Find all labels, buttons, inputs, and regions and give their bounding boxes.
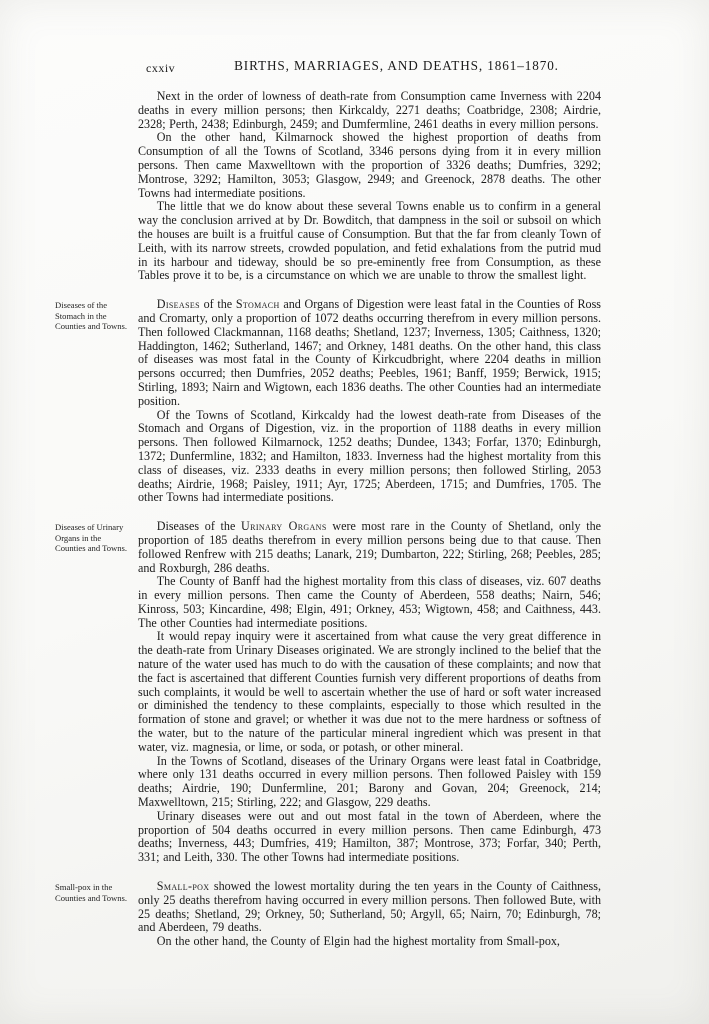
paragraph: Urinary diseases were out and out most f… [138,810,601,865]
text-run: Urinary diseases were out and out most f… [138,809,601,864]
text-run: The County of Banff had the highest mort… [138,574,601,629]
section-smallpox: Small-pox in the Counties and Towns. Sma… [138,880,601,949]
text-run: Urinary Organs [241,519,327,533]
paragraph: The County of Banff had the highest mort… [138,575,601,630]
text-run: The little that we do know about these s… [138,199,601,282]
text-run: In the Towns of Scotland, diseases of th… [138,754,601,809]
section-paragraphs: Diseases of the Urinary Organs were most… [138,520,601,865]
text-run: Stomach [236,297,280,311]
paragraph: It would repay inquiry were it ascertain… [138,630,601,754]
text-run: and Organs of Digestion were least fatal… [138,297,601,408]
text-run: On the other hand, Kilmarnock showed the… [138,130,601,199]
text-run: Next in the order of lowness of death-ra… [138,89,601,131]
scanned-book-page: cxxiv BIRTHS, MARRIAGES, AND DEATHS, 186… [0,0,709,1024]
section-consumption: Next in the order of lowness of death-ra… [138,90,601,283]
margin-note: Diseases of Urinary Organs in the Counti… [55,522,133,554]
section-urinary-diseases: Diseases of Urinary Organs in the Counti… [138,520,601,865]
page-number: cxxiv [146,61,175,76]
paragraph: Diseases of the Urinary Organs were most… [138,520,601,575]
paragraph: Next in the order of lowness of death-ra… [138,90,601,131]
margin-note: Diseases of the Stomach in the Counties … [55,300,133,332]
running-head: cxxiv BIRTHS, MARRIAGES, AND DEATHS, 186… [138,58,601,76]
text-run: On the other hand, the County of Elgin h… [157,934,560,948]
text-run: of the [200,297,236,311]
paragraph: Small-pox showed the lowest mortality du… [138,880,601,935]
paragraph: The little that we do know about these s… [138,200,601,283]
text-run: Diseases of the [157,519,241,533]
section-paragraphs: Next in the order of lowness of death-ra… [138,90,601,283]
section-paragraphs: Small-pox showed the lowest mortality du… [138,880,601,949]
paragraph: Of the Towns of Scotland, Kirkcaldy had … [138,409,601,506]
paragraph: Diseases of the Stomach and Organs of Di… [138,298,601,408]
text-run: Of the Towns of Scotland, Kirkcaldy had … [138,408,601,505]
margin-note: Small-pox in the Counties and Towns. [55,882,133,903]
paragraph: On the other hand, Kilmarnock showed the… [138,131,601,200]
section-paragraphs: Diseases of the Stomach and Organs of Di… [138,298,601,505]
text-run: Diseases [157,297,200,311]
text-run: It would repay inquiry were it ascertain… [138,629,601,753]
paragraph: In the Towns of Scotland, diseases of th… [138,755,601,810]
text-column: cxxiv BIRTHS, MARRIAGES, AND DEATHS, 186… [138,58,601,949]
section-stomach-diseases: Diseases of the Stomach in the Counties … [138,298,601,505]
text-run: Small-pox [157,879,210,893]
page-title: BIRTHS, MARRIAGES, AND DEATHS, 1861–1870… [138,58,601,74]
paragraph: On the other hand, the County of Elgin h… [138,935,601,949]
